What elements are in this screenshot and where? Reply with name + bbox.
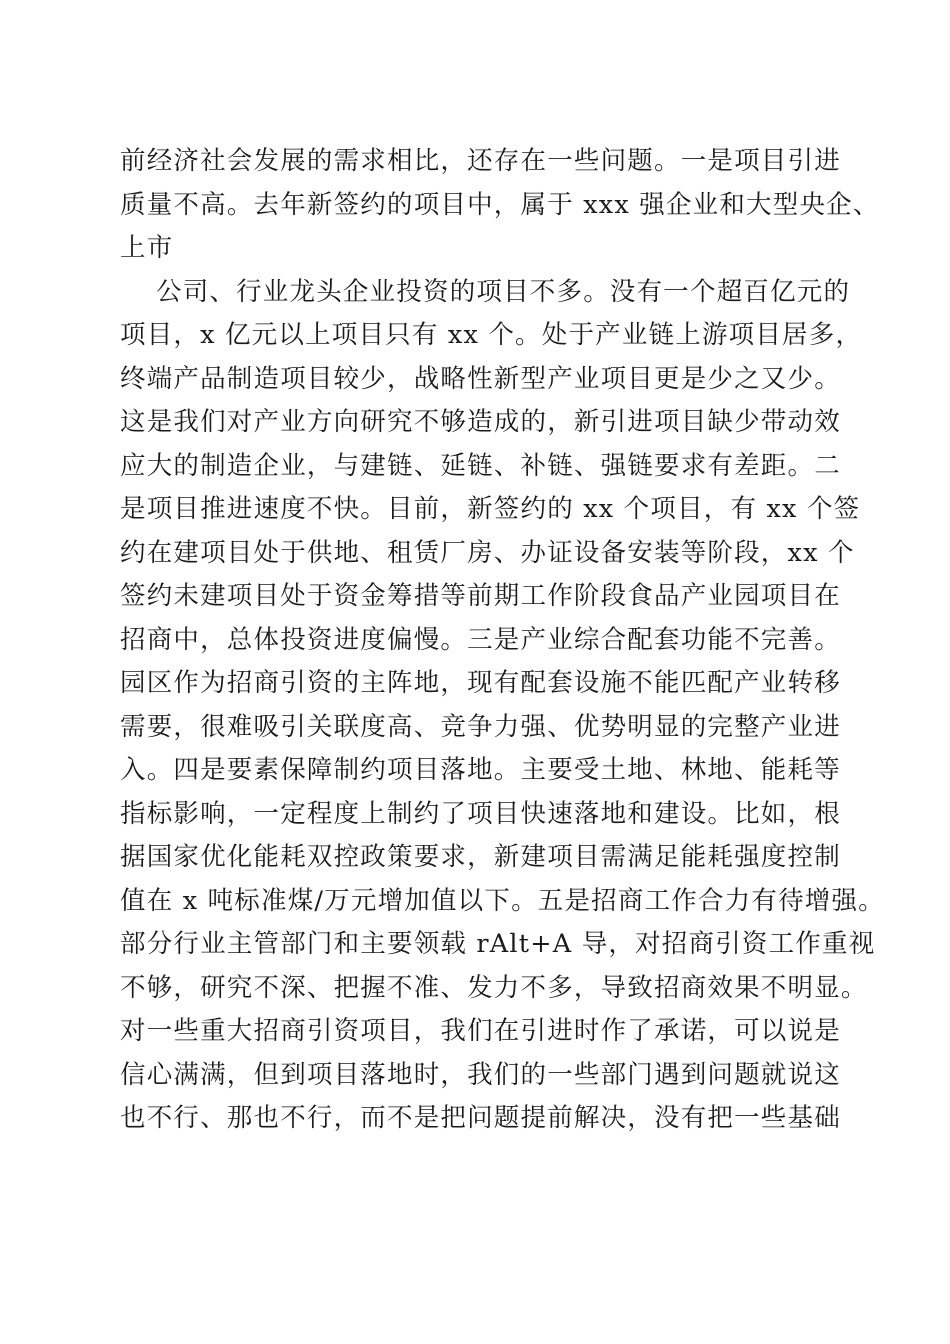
text-line: 上市 xyxy=(120,227,860,271)
document-body: 前经济社会发展的需求相比，还存在一些问题。一是项目引进 质量不高。去年新签约的项… xyxy=(120,140,860,1141)
text-line: 部分行业主管部门和主要领载 rAlt+A 导，对招商引资工作重视 xyxy=(120,923,860,967)
text-line: 指标影响，一定程度上制约了项目快速落地和建设。比如，根 xyxy=(120,793,860,837)
text-line: 据国家优化能耗双控政策要求，新建项目需满足能耗强度控制 xyxy=(120,836,860,880)
text-line: 招商中，总体投资进度偏慢。三是产业综合配套功能不完善。 xyxy=(120,619,860,663)
text-line: 是项目推进速度不快。目前，新签约的 xx 个项目，有 xx 个签 xyxy=(120,488,860,532)
text-line: 前经济社会发展的需求相比，还存在一些问题。一是项目引进 xyxy=(120,140,860,184)
text-line: 这是我们对产业方向研究不够造成的，新引进项目缺少带动效 xyxy=(120,401,860,445)
text-line: 项目，x 亿元以上项目只有 xx 个。处于产业链上游项目居多， xyxy=(120,314,860,358)
text-line: 质量不高。去年新签约的项目中，属于 xxx 强企业和大型央企、 xyxy=(120,184,860,228)
text-line: 不够，研究不深、把握不准、发力不多，导致招商效果不明显。 xyxy=(120,967,860,1011)
text-line: 值在 x 吨标准煤/万元增加值以下。五是招商工作合力有待增强。 xyxy=(120,880,860,924)
document-page: 前经济社会发展的需求相比，还存在一些问题。一是项目引进 质量不高。去年新签约的项… xyxy=(0,0,950,1344)
text-line: 签约未建项目处于资金筹措等前期工作阶段食品产业园项目在 xyxy=(120,575,860,619)
text-line: 终端产品制造项目较少，战略性新型产业项目更是少之又少。 xyxy=(120,358,860,402)
paragraph-start-line: 公司、行业龙头企业投资的项目不多。没有一个超百亿元的 xyxy=(120,271,860,315)
text-line: 应大的制造企业，与建链、延链、补链、强链要求有差距。二 xyxy=(120,445,860,489)
text-line: 入。四是要素保障制约项目落地。主要受土地、林地、能耗等 xyxy=(120,749,860,793)
text-line: 也不行、那也不行，而不是把问题提前解决，没有把一些基础 xyxy=(120,1097,860,1141)
text-line: 约在建项目处于供地、租赁厂房、办证设备安装等阶段，xx 个 xyxy=(120,532,860,576)
text-line: 信心满满，但到项目落地时，我们的一些部门遇到问题就说这 xyxy=(120,1054,860,1098)
text-line: 需要，很难吸引关联度高、竞争力强、优势明显的完整产业进 xyxy=(120,706,860,750)
text-line: 对一些重大招商引资项目，我们在引进时作了承诺，可以说是 xyxy=(120,1010,860,1054)
text-line: 园区作为招商引资的主阵地，现有配套设施不能匹配产业转移 xyxy=(120,662,860,706)
